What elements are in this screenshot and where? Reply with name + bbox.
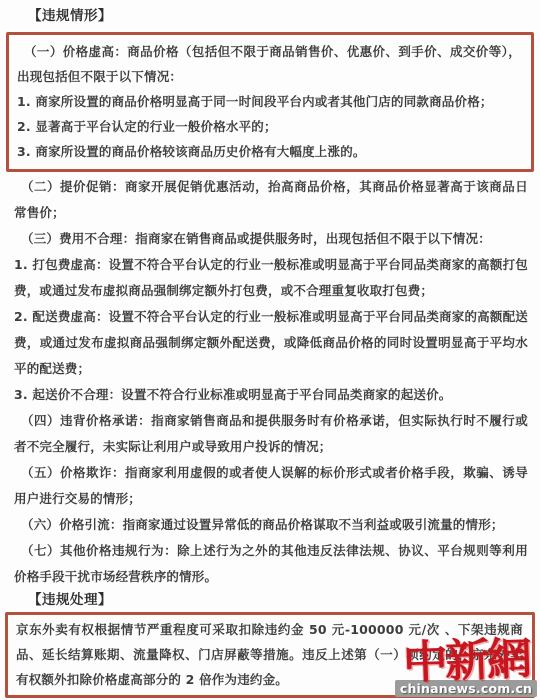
highlight-box-penalty: 京东外卖有权根据情节严重程度可采取扣除违约金 50 元-100000 元/次 、… — [5, 612, 535, 698]
box1-item-2: 2. 显著高于平台认定的行业一般价格水平的； — [17, 114, 521, 139]
box1-item-3: 3. 商家所设置的商品价格较该商品历史价格有大幅度上涨的。 — [17, 139, 521, 164]
section-5-price-fraud: （五）价格欺诈：指商家利用虚假的或者使人误解的标价形式或者价格手段，欺骗、诱导用… — [14, 460, 528, 512]
policy-document-page: 【违规情形】 （一）价格虚高：商品价格（包括但不限于商品销售价、优惠价、到手价、… — [0, 0, 540, 700]
box1-item-1: 1. 商家所设置的商品价格明显高于同一时间段平台内或者其他门店的同款商品价格； — [17, 89, 521, 114]
section-3-item-minimum-order: 3. 起送价不合理：设置不符合行业标准或明显高于平台同品类商家的起送价。 — [14, 382, 528, 408]
section-3-item-packing-fee: 1. 打包费虚高：设置不符合平台认定的行业一般标准或明显高于平台同品类商家的高额… — [14, 252, 528, 304]
section-7-other-violations: （七）其他价格违规行为：除上述行为之外的其他违反法律法规、协议、平台规则等利用价… — [14, 538, 528, 590]
section-2-markup-promotion: （二）提价促销：商家开展促销优惠活动，抬高商品价格，其商品价格显著高于该商品日常… — [14, 174, 528, 226]
violation-sections-list: （二）提价促销：商家开展促销优惠活动，抬高商品价格，其商品价格显著高于该商品日常… — [0, 172, 540, 590]
section-6-price-baiting: （六）价格引流：指商家通过设置异常低的商品价格谋取不当利益或吸引流量的情形； — [14, 512, 528, 538]
box1-intro-paragraph: （一）价格虚高：商品价格（包括但不限于商品销售价、优惠价、到手价、成交价等），出… — [17, 39, 521, 89]
violation-section-title: 【违规情形】 — [28, 6, 540, 26]
handling-section-title: 【违规处理】 — [28, 591, 540, 609]
section-3-unreasonable-fees: （三）费用不合理：指商家在销售商品或提供服务时，出现包括但不限于以下情况： — [14, 226, 528, 252]
penalty-paragraph: 京东外卖有权根据情节严重程度可采取扣除违约金 50 元-100000 元/次 、… — [16, 617, 523, 692]
section-4-broken-promise: （四）违背价格承诺：指商家销售商品和提供服务时有价格承诺，但实际执行时不履行或者… — [14, 408, 528, 460]
highlight-box-price-inflation: （一）价格虚高：商品价格（包括但不限于商品销售价、优惠价、到手价、成交价等），出… — [6, 32, 534, 172]
section-3-item-delivery-fee: 2. 配送费虚高：设置不符合平台认定的行业一般标准或明显高于平台同品类商家的高额… — [14, 304, 528, 382]
